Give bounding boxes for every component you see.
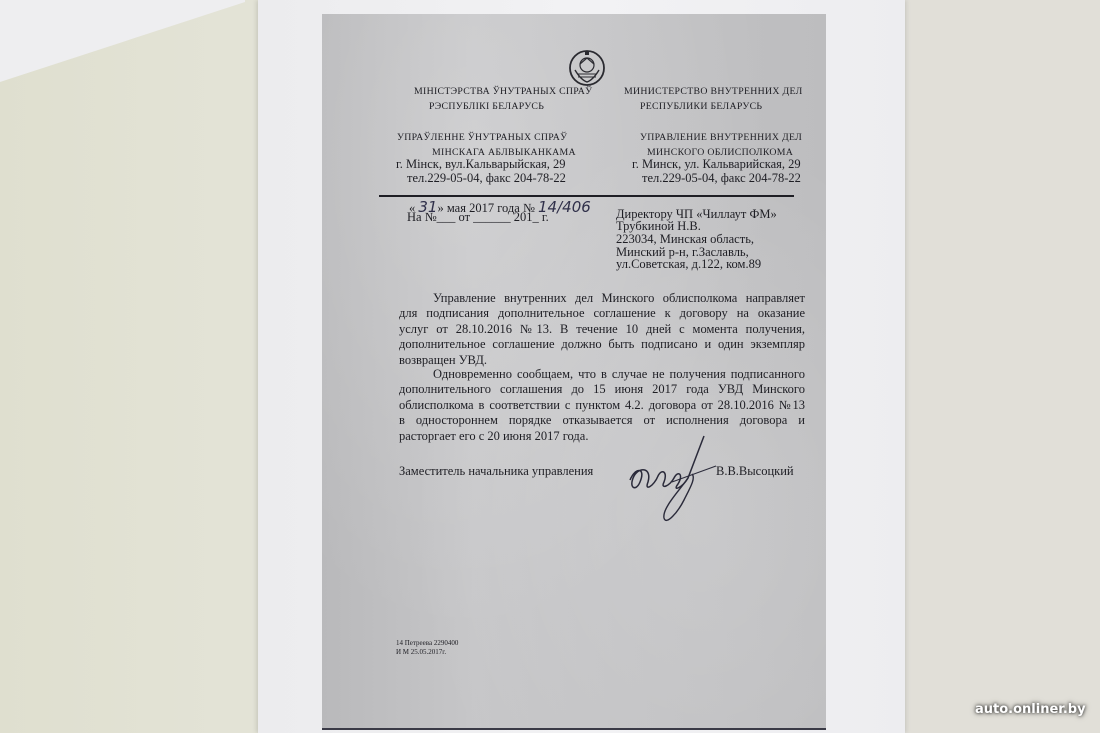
- paragraph-2-line: в одностороннем порядке отказывается от …: [399, 413, 805, 428]
- body-paragraph-1: Управление внутренних дел Минского облис…: [399, 291, 805, 368]
- paragraph-2-line: расторгает его с 20 июня 2017 года.: [399, 429, 805, 444]
- paragraph-2-line: Одновременно сообщаем, что в случае не п…: [399, 367, 805, 382]
- handwritten-signature-icon: [622, 430, 722, 530]
- letterhead-left-ministry-2: РЭСПУБЛІКІ БЕЛАРУСЬ: [429, 101, 544, 112]
- document-photocopy: МІНІСТЭРСТВА ЎНУТРАНЫХ СПРАЎ РЭСПУБЛІКІ …: [322, 14, 826, 730]
- letterhead-right-dept-1: УПРАВЛЕНИЕ ВНУТРЕННИХ ДЕЛ: [640, 132, 802, 143]
- paragraph-1-line: возвращен УВД.: [399, 353, 805, 368]
- letterhead-left-address: г. Мінск, вул.Кальварыйская, 29: [396, 157, 566, 172]
- footnote-line-1: 14 Петреева 2290400: [396, 639, 458, 648]
- letterhead-right-address: г. Минск, ул. Кальварийская, 29: [632, 157, 801, 172]
- recipient-line-5: ул.Советская, д.122, ком.89: [616, 257, 761, 272]
- belarus-coat-of-arms-icon: [567, 48, 607, 88]
- background-right: [905, 0, 1100, 733]
- letterhead-right-ministry-1: МИНИСТЕРСТВО ВНУТРЕННИХ ДЕЛ: [624, 86, 803, 97]
- paragraph-1-line: Управление внутренних дел Минского облис…: [399, 291, 805, 306]
- letterhead-left-phone: тел.229-05-04, факс 204-78-22: [407, 171, 566, 186]
- paragraph-1-line: услуг от 28.10.2016 №13. В течение 10 дн…: [399, 322, 805, 337]
- signatory-name: В.В.Высоцкий: [716, 464, 794, 479]
- signatory-title: Заместитель начальника управления: [399, 464, 593, 479]
- body-paragraph-2: Одновременно сообщаем, что в случае не п…: [399, 367, 805, 444]
- paragraph-1-line: дополнительное соглашение должно быть по…: [399, 337, 805, 352]
- paragraph-2-line: облисполкома в соответствии с пунктом 4.…: [399, 398, 805, 413]
- letterhead-right-phone: тел.229-05-04, факс 204-78-22: [642, 171, 801, 186]
- letterhead-left-dept-1: УПРАЎЛЕННЕ ЎНУТРАНЫХ СПРАЎ: [397, 132, 567, 143]
- footnote-line-2: И М 25.05.2017г.: [396, 648, 446, 657]
- letterhead-right-ministry-2: РЕСПУБЛИКИ БЕЛАРУСЬ: [640, 101, 762, 112]
- paragraph-1-line: для подписания дополнительное соглашение…: [399, 306, 805, 321]
- reply-reference: На №___ от ______ 201_ г.: [407, 210, 549, 225]
- paragraph-2-line: дополнительного соглашения до 15 июня 20…: [399, 382, 805, 397]
- letterhead-divider: [379, 195, 794, 197]
- watermark: auto.onliner.by: [975, 702, 1086, 717]
- letterhead-left-ministry-1: МІНІСТЭРСТВА ЎНУТРАНЫХ СПРАЎ: [414, 86, 592, 97]
